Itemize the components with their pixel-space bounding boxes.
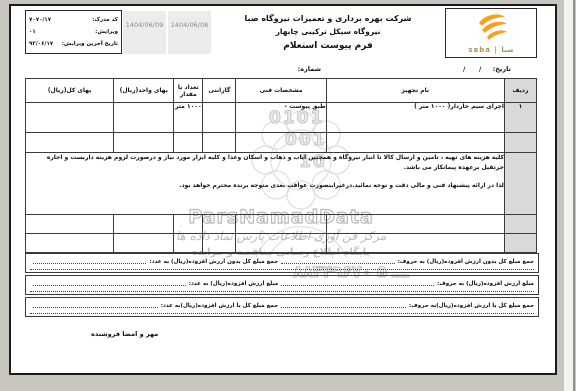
notes-row: کلیه هزینه های تهیه ، تامین و ارسال کالا… (26, 153, 537, 215)
total-with-vat-digits-label: جمع مبلغ کل با ارزش افزوده(ریال)به عدد: (161, 303, 278, 309)
doc-lastedit-label: تاریخ آخرین ویرایش: (62, 38, 118, 50)
form-title: فرم پیوست استعلام (212, 38, 444, 54)
empty-cell (174, 133, 203, 153)
date-label: تاریخ: / / (463, 65, 511, 73)
column-header-total-price: بهای کل(ریال) (26, 79, 114, 103)
empty-cell (174, 234, 203, 253)
empty-cell (26, 133, 114, 153)
column-header-qty: تعداد یا مقدار (174, 79, 203, 103)
total-with-vat-line: جمع مبلغ کل با ارزش افزوده(ریال)به حروف:… (30, 300, 534, 309)
doc-revision-value: ۰۱ (29, 26, 36, 38)
fill-in-dots (30, 291, 534, 292)
company-name: شرکت بهره برداری و تعمیرات نیروگاه صبا (212, 12, 444, 25)
specs-cell: طبق پیوست – (236, 103, 326, 133)
form-content: کد مدرک: ۷۰۷۰/۱۷ ویرایش: ۰۱ تاریخ آخرین … (11, 6, 555, 373)
fill-in-dots (281, 285, 434, 286)
scan-edge-line (573, 0, 575, 391)
vat-words-label: مبلغ ارزش افزوده(ریال) به حروف: (437, 281, 534, 287)
table-row-empty (26, 215, 537, 234)
doc-lastedit-value: ۹۲/۰۶/۱۷ (29, 38, 53, 50)
total-price-cell (26, 103, 114, 133)
column-header-radif: ردیف (504, 79, 536, 103)
doc-code-row: کد مدرک: ۷۰۷۰/۱۷ (29, 14, 118, 26)
empty-cell (114, 234, 174, 253)
document-info-box: کد مدرک: ۷۰۷۰/۱۷ ویرایش: ۰۱ تاریخ آخرین … (25, 10, 122, 54)
empty-cell (326, 215, 504, 234)
total-without-vat-digits-label: جمع مبلغ کل بدون ارزش افزوده(ریال) به عد… (149, 259, 278, 265)
fill-in-dots (33, 263, 146, 264)
empty-cell (26, 234, 114, 253)
note-warning: لذا در ارائه پیشنهاد فنی و مالی دقت و تو… (26, 181, 504, 191)
header-date-right: 1404/06/08 (168, 11, 211, 54)
vat-digits-label: مبلغ ارزش افزوده(ریال) به عدد: (189, 281, 278, 287)
total-without-vat-words-label: جمع مبلغ کل بدون ارزش افزوده(ریال) به حر… (398, 259, 534, 265)
doc-code-value: ۷۰۷۰/۱۷ (29, 14, 51, 26)
empty-cell (504, 133, 536, 153)
fill-in-dots (30, 313, 534, 314)
empty-cell (203, 234, 236, 253)
screenshot-root: { "header": { "doc_info": { "code_label"… (0, 0, 576, 391)
fill-in-dots (33, 307, 158, 308)
doc-revision-label: ویرایش: (95, 26, 118, 38)
total-without-vat-box: جمع مبلغ کل بدون ارزش افزوده(ریال) به حر… (25, 253, 539, 273)
fill-in-dots (281, 263, 394, 264)
scan-margin-strip (564, 0, 573, 391)
saba-logo-icon (469, 11, 513, 43)
empty-cell (504, 215, 536, 234)
empty-cell (203, 133, 236, 153)
fill-in-dots (33, 285, 186, 286)
table-row: ۱ اجرای سیم خاردار( ۱۰۰۰ متر ) طبق پیوست… (26, 103, 537, 133)
total-with-vat-box: جمع مبلغ کل با ارزش افزوده(ریال)به حروف:… (25, 297, 539, 317)
vat-amount-box: مبلغ ارزش افزوده(ریال) به حروف: مبلغ ارز… (25, 275, 539, 295)
items-table: ردیف نام تجهیز مشخصات فنی گارانتی تعداد … (25, 78, 537, 253)
fill-in-dots (281, 307, 406, 308)
seller-signature-label: مهر و امضا فروشنده (91, 330, 158, 338)
table-row-empty (26, 133, 537, 153)
empty-cell (326, 133, 504, 153)
fill-in-dots (30, 269, 534, 270)
total-without-vat-line: جمع مبلغ کل بدون ارزش افزوده(ریال) به حر… (30, 256, 534, 265)
scanned-form-page: 0101 001 10 ParsNamadData مرکز فن آوری ا… (9, 4, 557, 375)
company-logo-box: saba | صبا (445, 8, 537, 58)
empty-cell (326, 234, 504, 253)
column-header-unit-price: بهای واحد(ریال) (114, 79, 174, 103)
doc-code-label: کد مدرک: (92, 14, 118, 26)
row-number-cell: ۱ (504, 103, 536, 133)
empty-cell (504, 234, 536, 253)
saba-logo-text: saba | صبا (446, 47, 536, 53)
column-header-specs: مشخصات فنی (236, 79, 326, 103)
header-date-cells: 1404/06/09 1404/06/08 (122, 11, 212, 54)
empty-cell (26, 215, 114, 234)
empty-cell (504, 153, 536, 215)
doc-revision-row: ویرایش: ۰۱ (29, 26, 118, 38)
column-header-warranty: گارانتی (203, 79, 236, 103)
equipment-name-cell: اجرای سیم خاردار( ۱۰۰۰ متر ) (326, 103, 504, 133)
empty-cell (174, 215, 203, 234)
table-header-row: ردیف نام تجهیز مشخصات فنی گارانتی تعداد … (26, 79, 537, 103)
vat-amount-line: مبلغ ارزش افزوده(ریال) به حروف: مبلغ ارز… (30, 278, 534, 287)
warranty-cell (203, 103, 236, 133)
table-row-empty (26, 234, 537, 253)
qty-cell: ۱۰۰۰ متر (174, 103, 203, 133)
unit-price-cell (114, 103, 174, 133)
notes-cell: کلیه هزینه های تهیه ، تامین و ارسال کالا… (26, 153, 505, 215)
header-date-left: 1404/06/09 (123, 11, 166, 54)
doc-lastedit-row: تاریخ آخرین ویرایش: ۹۲/۰۶/۱۷ (29, 38, 118, 50)
note-costs: کلیه هزینه های تهیه ، تامین و ارسال کالا… (26, 153, 504, 173)
column-header-equipment: نام تجهیز (326, 79, 504, 103)
total-with-vat-words-label: جمع مبلغ کل با ارزش افزوده(ریال)به حروف: (409, 303, 534, 309)
plant-name: نیروگاه سیکل ترکیبی چابهار (212, 25, 444, 38)
form-title-block: شرکت بهره برداری و تعمیرات نیروگاه صبا ن… (212, 12, 444, 54)
empty-cell (236, 215, 326, 234)
number-label: شماره: (298, 65, 321, 73)
empty-cell (236, 234, 326, 253)
empty-cell (114, 133, 174, 153)
notes-gap (26, 173, 504, 181)
meta-line: تاریخ: / / شماره: (11, 65, 559, 77)
empty-cell (203, 215, 236, 234)
empty-cell (236, 133, 326, 153)
empty-cell (114, 215, 174, 234)
